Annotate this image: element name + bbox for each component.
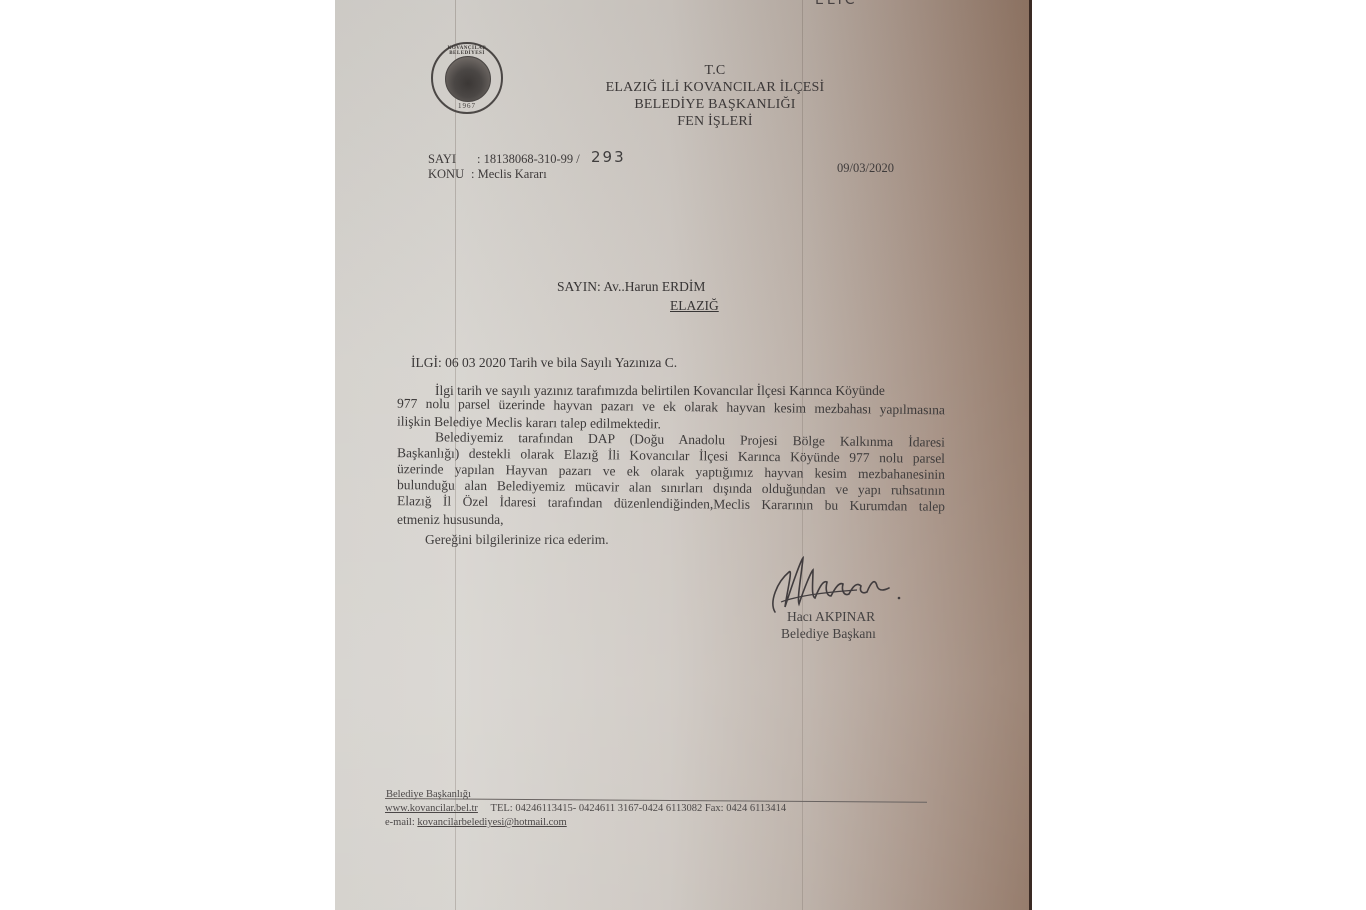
konu-value: : Meclis Kararı: [471, 167, 547, 182]
footer-email-link[interactable]: kovancilarbelediyesi@hotmail.com: [417, 817, 566, 828]
seal-emblem: [445, 56, 491, 102]
letter-paper: ELIC KOVANCILAR BELEDİYESİ 1967 T.C ELAZ…: [335, 0, 1031, 910]
signatory-name: Hacı AKPINAR: [787, 609, 875, 624]
footer-phones: TEL: 04246113415- 0424611 3167-0424 6113…: [491, 803, 787, 814]
footer-email-label: e-mail:: [385, 817, 415, 828]
signatory-title: Belediye Başkanı: [781, 626, 876, 641]
recipient-salutation: SAYIN: Av..Harun ERDİM: [557, 279, 705, 294]
sayi-handwritten-number: 293: [591, 148, 626, 166]
seal-year: 1967: [433, 102, 501, 110]
paragraph-2-line-6: etmeniz hususunda,: [397, 512, 503, 527]
footer-email-line: e-mail: kovancilarbelediyesi@hotmail.com: [385, 817, 567, 828]
recipient-city: ELAZIĞ: [670, 298, 719, 313]
closing-line: Gereğini bilgilerinize rica ederim.: [425, 532, 609, 547]
sayi-label: SAYI: [428, 152, 456, 167]
letterhead-line-office: BELEDİYE BAŞKANLIĞI: [535, 96, 895, 113]
letterhead-line-province: ELAZIĞ İLİ KOVANCILAR İLÇESİ: [535, 79, 895, 96]
reference-line: İLGİ: 06 03 2020 Tarih ve bila Sayılı Ya…: [411, 355, 677, 370]
letter-date: 09/03/2020: [837, 161, 894, 176]
paper-edge-shadow: [1029, 0, 1032, 910]
footer-website-link[interactable]: www.kovancilar.bel.tr: [385, 803, 478, 814]
sayi-value: : 18138068-310-99 /: [477, 152, 580, 167]
paragraph-1-line-1: İlgi tarih ve sayılı yazınız tarafımızda…: [435, 383, 885, 398]
footer-org: Belediye Başkanlığı: [386, 789, 471, 800]
municipality-seal-icon: KOVANCILAR BELEDİYESİ 1967: [431, 42, 503, 114]
footer-contact-line: www.kovancilar.bel.tr TEL: 04246113415- …: [385, 803, 786, 814]
corner-handwritten-note: ELIC: [815, 0, 858, 8]
letterhead-line-tc: T.C: [535, 62, 895, 79]
letterhead: T.C ELAZIĞ İLİ KOVANCILAR İLÇESİ BELEDİY…: [535, 62, 895, 130]
seal-rim-text: KOVANCILAR BELEDİYESİ: [433, 46, 501, 56]
konu-label: KONU: [428, 167, 464, 182]
letterhead-line-department: FEN İŞLERİ: [535, 113, 895, 130]
